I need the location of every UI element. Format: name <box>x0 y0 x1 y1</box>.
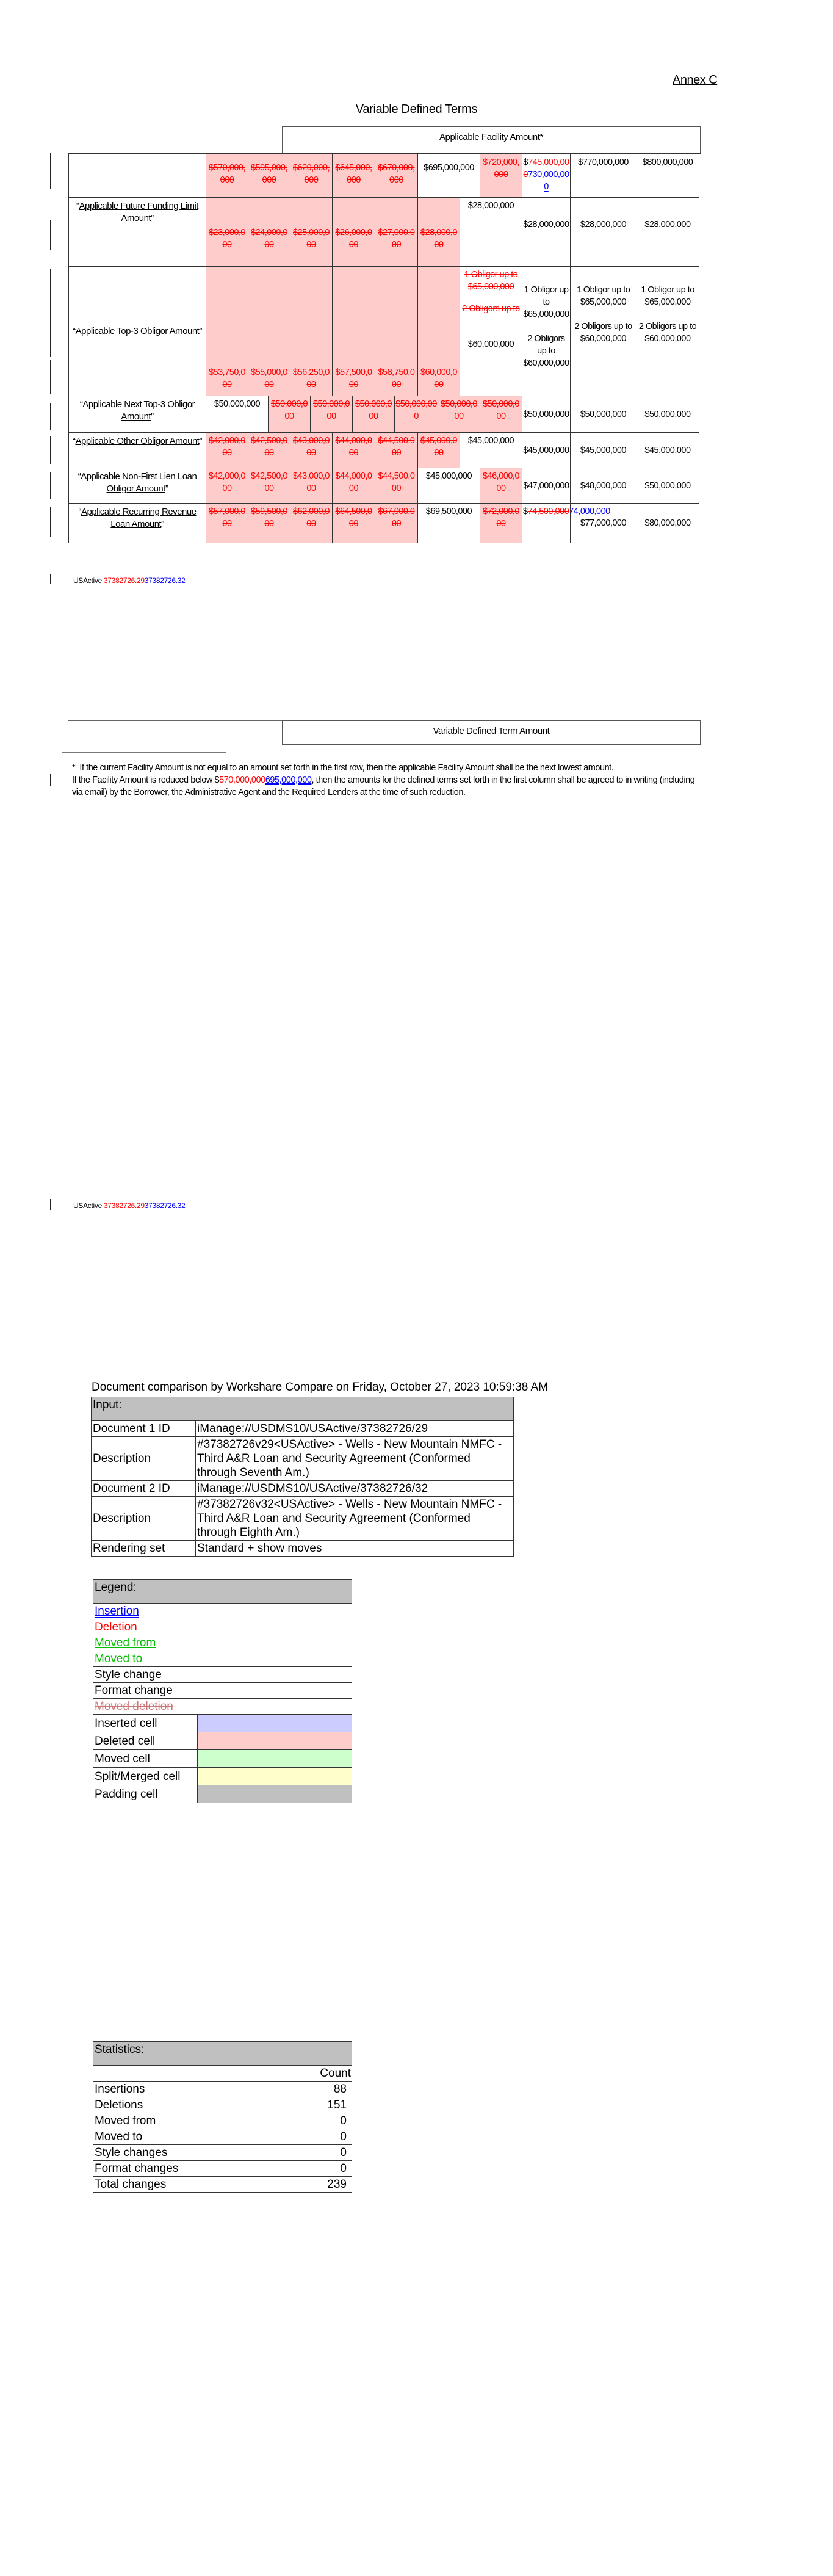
amount-cell: $56,250,000 <box>290 267 333 396</box>
change-bar <box>50 360 51 394</box>
amount-cell: $67,000,000 <box>375 504 418 543</box>
amount-cell: $50,000,000 <box>571 396 636 433</box>
input-row: Rendering setStandard + show moves <box>92 1541 514 1557</box>
amount-cell: $64,500,000 <box>333 504 375 543</box>
change-bar <box>50 220 51 250</box>
input-header: Input: <box>92 1397 514 1421</box>
amount-cell: $695,000,000 <box>418 154 480 198</box>
amount-cell: $620,000,000 <box>290 154 333 198</box>
inserted-doc-id: 37382726.32 <box>145 576 186 585</box>
amount-cell: $60,000,000 <box>418 267 460 396</box>
variable-term-amount-header: Variable Defined Term Amount <box>282 720 701 745</box>
statistic-value: 0 <box>200 2161 352 2177</box>
amount-cell: $57,000,000 <box>206 504 248 543</box>
document-id-footer-2: USActive 37382726.2937382726.32 <box>73 1201 186 1210</box>
amount-cell: 1 Obligor up to $65,000,0002 Obligors up… <box>571 267 636 396</box>
defined-term: Applicable Other Obligor Amount <box>76 436 200 446</box>
statistic-label: Total changes <box>93 2177 200 2193</box>
statistic-label: Moved from <box>93 2113 200 2129</box>
amount-cell: $44,000,000 <box>333 433 375 468</box>
amount-cell: $720,000,000 <box>480 154 522 198</box>
amount-cell: $28,000,000 <box>522 198 571 267</box>
legend-header: Legend: <box>93 1580 352 1604</box>
statistic-value: 0 <box>200 2129 352 2145</box>
input-label: Description <box>92 1497 196 1541</box>
statistics-row: Deletions151 <box>93 2097 352 2113</box>
statistic-label: Moved to <box>93 2129 200 2145</box>
legend-item: Moved from <box>93 1635 352 1651</box>
change-bar <box>50 436 51 464</box>
legend-cell-label: Deleted cell <box>93 1732 198 1750</box>
legend-item: Moved deletion <box>93 1699 352 1715</box>
input-value: Standard + show moves <box>196 1541 514 1557</box>
statistic-label: Style changes <box>93 2145 200 2161</box>
statistic-value: 0 <box>200 2145 352 2161</box>
amount-cell: $48,000,000 <box>571 468 636 504</box>
statistic-value: 0 <box>200 2113 352 2129</box>
input-value: #37382726v29<USActive> - Wells - New Mou… <box>196 1437 514 1481</box>
input-value: #37382726v32<USActive> - Wells - New Mou… <box>196 1497 514 1541</box>
amount-cell: $27,000,000 <box>375 198 418 267</box>
footnote: * If the current Facility Amount is not … <box>72 762 701 798</box>
input-value: iManage://USDMS10/USActive/37382726/29 <box>196 1421 514 1437</box>
change-bar <box>50 292 51 322</box>
legend-color-swatch <box>198 1750 352 1768</box>
inserted-amount: 695,000,000 <box>265 775 312 785</box>
change-bar <box>50 403 51 430</box>
change-bar <box>50 320 51 357</box>
amount-cell: $28,000,000 <box>418 198 460 267</box>
amount-cell: $44,500,000 <box>375 468 418 504</box>
row-label: “Applicable Non-First Lien Loan Obligor … <box>69 468 206 504</box>
comparison-title: Document comparison by Workshare Compare… <box>92 1381 548 1394</box>
amount-cell: $50,000,000 <box>311 396 353 433</box>
change-bar <box>50 153 51 189</box>
statistic-value: 239 <box>200 2177 352 2193</box>
input-label: Rendering set <box>92 1541 196 1557</box>
footnote-marker: * <box>72 763 75 773</box>
input-value: iManage://USDMS10/USActive/37382726/32 <box>196 1481 514 1497</box>
row-label: “Applicable Next Top-3 Obligor Amount” <box>69 396 206 433</box>
statistics-row: Total changes239 <box>93 2177 352 2193</box>
amount-cell: $45,000,000 <box>636 433 699 468</box>
statistics-row: Style changes0 <box>93 2145 352 2161</box>
statistics-header: Statistics: <box>93 2042 352 2066</box>
amount-cell: $42,500,000 <box>248 433 290 468</box>
row-label: “Applicable Future Funding Limit Amount” <box>69 198 206 267</box>
amount-cell: $670,000,000 <box>375 154 418 198</box>
input-row: Description#37382726v32<USActive> - Well… <box>92 1497 514 1541</box>
statistic-value: 88 <box>200 2082 352 2097</box>
amount-cell: $23,000,000 <box>206 198 248 267</box>
legend-item: Format change <box>93 1683 352 1699</box>
amount-cell: $69,500,000 <box>418 504 480 543</box>
amount-cell: $50,000,000 <box>636 396 699 433</box>
amount-cell: $745,000,000730,000,000 <box>522 154 571 198</box>
amount-cell: $570,000,000 <box>206 154 248 198</box>
input-row: Document 2 IDiManage://USDMS10/USActive/… <box>92 1481 514 1497</box>
amount-cell: 1 Obligor up to $65,000,0002 Obligors up… <box>636 267 699 396</box>
defined-term: Applicable Future Funding Limit Amount <box>79 201 198 223</box>
amount-cell: $45,000,000 <box>418 433 460 468</box>
input-label: Description <box>92 1437 196 1481</box>
deleted-amount: 570,000,000 <box>219 775 265 785</box>
row-label: “Applicable Recurring Revenue Loan Amoun… <box>69 504 206 543</box>
amount-cell: $595,000,000 <box>248 154 290 198</box>
annex-label: Annex C <box>673 73 717 87</box>
legend-color-swatch <box>198 1785 352 1803</box>
amount-cell: $42,000,000 <box>206 433 248 468</box>
amount-cell: $24,000,000 <box>248 198 290 267</box>
legend-item: Insertion <box>93 1604 352 1619</box>
document-id-footer: USActive 37382726.2937382726.32 <box>73 576 186 585</box>
amount-cell: $45,000,000 <box>522 433 571 468</box>
defined-term: Applicable Non-First Lien Loan Obligor A… <box>81 471 197 494</box>
amount-cell: $28,000,000 <box>460 198 522 267</box>
statistic-value: 151 <box>200 2097 352 2113</box>
amount-cell: $44,000,000 <box>333 468 375 504</box>
amount-cell: $43,000,000 <box>290 433 333 468</box>
row-label <box>69 154 206 198</box>
amount-cell: $800,000,000 <box>636 154 699 198</box>
amount-cell: $50,000,000 <box>206 396 269 433</box>
input-label: Document 2 ID <box>92 1481 196 1497</box>
row-label: “Applicable Other Obligor Amount” <box>69 433 206 468</box>
amount-cell: $46,000,000 <box>480 468 522 504</box>
amount-cell: $50,000,000 <box>269 396 311 433</box>
change-bar <box>50 472 51 499</box>
amount-cell: $80,000,000 <box>636 504 699 543</box>
amount-cell: $72,000,000 <box>480 504 522 543</box>
input-label: Document 1 ID <box>92 1421 196 1437</box>
amount-cell: $50,000,000 <box>480 396 522 433</box>
legend-color-swatch <box>198 1732 352 1750</box>
amount-cell: $645,000,000 <box>333 154 375 198</box>
amount-cell: $26,000,000 <box>333 198 375 267</box>
legend-item: Deletion <box>93 1619 352 1635</box>
defined-term: Applicable Recurring Revenue Loan Amount <box>81 507 197 529</box>
amount-cell: $77,000,000 <box>571 504 636 543</box>
statistics-row: Insertions88 <box>93 2082 352 2097</box>
variable-terms-table: $570,000,000$595,000,000$620,000,000$645… <box>68 153 701 543</box>
amount-cell: $28,000,000 <box>636 198 699 267</box>
legend-cell-label: Padding cell <box>93 1785 198 1803</box>
page-title: Variable Defined Terms <box>0 103 833 117</box>
amount-cell: $45,000,000 <box>460 433 522 468</box>
amount-cell: 1 Obligor up to $65,000,0002 Obligors up… <box>460 267 522 396</box>
defined-term: Applicable Top-3 Obligor Amount <box>76 326 200 336</box>
statistic-label: Format changes <box>93 2161 200 2177</box>
amount-cell: $45,000,000 <box>418 468 480 504</box>
amount-cell: $42,500,000 <box>248 468 290 504</box>
legend-cell-label: Moved cell <box>93 1750 198 1768</box>
amount-cell: $45,000,000 <box>571 433 636 468</box>
footnote-rule <box>62 752 226 753</box>
amount-cell: $28,000,000 <box>571 198 636 267</box>
row-label: “Applicable Top-3 Obligor Amount” <box>69 267 206 396</box>
input-row: Description#37382726v29<USActive> - Well… <box>92 1437 514 1481</box>
deleted-doc-id: 37382726.29 <box>104 576 145 585</box>
statistics-row: Format changes0 <box>93 2161 352 2177</box>
amount-cell: $57,500,000 <box>333 267 375 396</box>
defined-term: Applicable Next Top-3 Obligor Amount <box>82 399 195 422</box>
legend-color-swatch <box>198 1768 352 1785</box>
statistics-row: Moved from0 <box>93 2113 352 2129</box>
amount-cell: $58,750,000 <box>375 267 418 396</box>
amount-cell: 1 Obligor up to $65,000,0002 Obligors up… <box>522 267 571 396</box>
count-header: Count <box>200 2066 352 2082</box>
amount-cell: $770,000,000 <box>571 154 636 198</box>
input-table: Input: Document 1 IDiManage://USDMS10/US… <box>91 1397 514 1557</box>
variable-term-amount-label: Variable Defined Term Amount <box>433 726 550 736</box>
table-top-rule <box>68 720 282 721</box>
amount-cell: $74,500,00074,000,000 <box>522 504 571 543</box>
change-bar <box>50 1199 51 1210</box>
amount-cell: $44,500,000 <box>375 433 418 468</box>
amount-cell: $50,000,000 <box>522 396 571 433</box>
amount-cell: $25,000,000 <box>290 198 333 267</box>
amount-cell: $50,000,000 <box>636 468 699 504</box>
legend-cell-label: Split/Merged cell <box>93 1768 198 1785</box>
change-bar <box>50 774 51 786</box>
change-bar <box>50 507 51 537</box>
statistics-table: Statistics: Count Insertions88Deletions1… <box>93 2041 352 2193</box>
statistic-label: Insertions <box>93 2082 200 2097</box>
statistic-label: Deletions <box>93 2097 200 2113</box>
amount-cell: $42,000,000 <box>206 468 248 504</box>
change-bar <box>50 574 51 584</box>
legend-item: Moved to <box>93 1651 352 1667</box>
amount-cell: $43,000,000 <box>290 468 333 504</box>
legend-table: Legend: InsertionDeletionMoved fromMoved… <box>93 1579 352 1803</box>
amount-cell: $62,000,000 <box>290 504 333 543</box>
amount-cell: $50,000,000 <box>438 396 480 433</box>
amount-cell: $59,500,000 <box>248 504 290 543</box>
legend-item: Style change <box>93 1667 352 1683</box>
input-row: Document 1 IDiManage://USDMS10/USActive/… <box>92 1421 514 1437</box>
facility-amount-header: Applicable Facility Amount* <box>282 126 701 154</box>
amount-cell: $55,000,000 <box>248 267 290 396</box>
amount-cell: $53,750,000 <box>206 267 248 396</box>
facility-amount-header-label: Applicable Facility Amount* <box>439 132 543 142</box>
statistics-row: Moved to0 <box>93 2129 352 2145</box>
amount-cell: $50,000,000 <box>353 396 395 433</box>
legend-cell-label: Inserted cell <box>93 1715 198 1732</box>
legend-color-swatch <box>198 1715 352 1732</box>
amount-cell: $47,000,000 <box>522 468 571 504</box>
amount-cell: $50,000,000 <box>395 396 438 433</box>
